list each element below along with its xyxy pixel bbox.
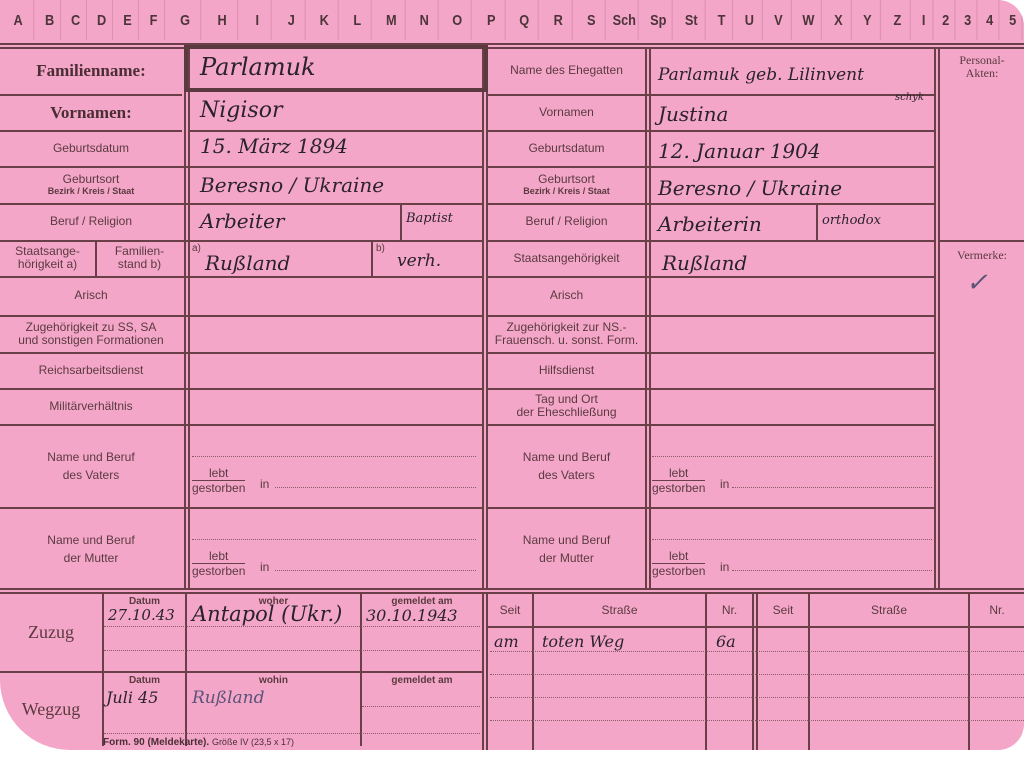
arisch-label: Arisch — [0, 276, 182, 315]
index-tab-sp[interactable]: Sp — [644, 0, 672, 40]
mutter-status: lebtgestorben — [192, 549, 245, 578]
index-tab-z[interactable]: Z — [885, 0, 910, 40]
religion-value[interactable]: Baptist — [406, 211, 453, 226]
zuzug-woher-value[interactable]: Antapol (Ukr.) — [192, 602, 342, 626]
index-tab-m[interactable]: M — [377, 0, 405, 40]
zuzug-datum-value[interactable]: 27.10.43 — [108, 606, 175, 624]
ehegatte-mutter-status: lebtgestorben — [652, 549, 705, 578]
index-tab-j[interactable]: J — [277, 0, 305, 40]
wegzug-datum-value[interactable]: Juli 45 — [106, 688, 158, 707]
geburtsort-label: Geburtsort Bezirk / Kreis / Staat — [0, 166, 182, 203]
seit-header-2: Seit — [758, 594, 808, 626]
geburtsort-label-main: Geburtsort — [63, 173, 120, 186]
ehegatte-beruf-label: Beruf / Religion — [488, 203, 645, 240]
vater-status: lebtgestorben — [192, 466, 245, 495]
index-tab-h[interactable]: H — [207, 0, 239, 40]
ehegatte-vater-status: lebtgestorben — [652, 466, 705, 495]
index-tab-l[interactable]: L — [344, 0, 372, 40]
index-tab-v[interactable]: V — [766, 0, 791, 40]
form-number: Form. 90 (Meldekarte). — [103, 737, 209, 748]
index-tab-n[interactable]: N — [411, 0, 439, 40]
ehegatte-value[interactable]: Parlamuk geb. Lilinvent — [658, 65, 864, 85]
in-label: in — [260, 560, 269, 574]
ehegatte-note: schyk — [895, 92, 924, 103]
strasse-header: Straße — [534, 594, 705, 626]
ehegatte-vater-label: Name und Beruf des Vaters — [488, 424, 645, 507]
in-label: in — [720, 560, 729, 574]
zugehoerigkeit-label: Zugehörigkeit zu SS, SA und sonstigen Fo… — [0, 315, 182, 352]
wegzug-label: Wegzug — [0, 673, 102, 745]
wegzug-gemeldet-header: gemeldet am — [362, 675, 482, 686]
divider — [934, 47, 940, 590]
index-tab-b[interactable]: B — [39, 0, 61, 40]
ehegatte-religion-value[interactable]: orthodox — [822, 213, 881, 228]
index-tab-f[interactable]: F — [143, 0, 165, 40]
index-tab-a[interactable]: A — [3, 0, 35, 40]
index-tab-3[interactable]: 3 — [959, 0, 978, 40]
ehegatte-geburtsort-main: Geburtsort — [538, 173, 595, 186]
vater-label: Name und Beruf des Vaters — [0, 424, 182, 507]
index-tab-2[interactable]: 2 — [937, 0, 956, 40]
ehegatte-mutter-label: Name und Beruf der Mutter — [488, 507, 645, 590]
index-tab-o[interactable]: O — [444, 0, 472, 40]
familienstand-value[interactable]: verh. — [397, 251, 441, 271]
index-tab-5[interactable]: 5 — [1003, 0, 1022, 40]
staatsangehoerigkeit-label: Staatsange- hörigkeit a) — [0, 240, 95, 276]
hilfsdienst-label: Hilfsdienst — [488, 352, 645, 388]
index-tab-4[interactable]: 4 — [981, 0, 1000, 40]
address-seit-value[interactable]: am — [494, 632, 519, 651]
index-tab-sch[interactable]: Sch — [611, 0, 639, 40]
seit-header: Seit — [488, 594, 532, 626]
familienstand-label: Familien- stand b) — [97, 240, 182, 276]
index-tab-x[interactable]: X — [826, 0, 851, 40]
reichsarbeitsdienst-label: Reichsarbeitsdienst — [0, 352, 182, 388]
index-tabs: ABCDEFGHIJKLMNOPQRSSchSpStTUVWXYZI2345 — [0, 0, 1024, 40]
registration-card: ABCDEFGHIJKLMNOPQRSSchSpStTUVWXYZI2345 F… — [0, 0, 1024, 750]
in-label: in — [720, 477, 729, 491]
index-tab-p[interactable]: P — [477, 0, 505, 40]
geburtsdatum-label: Geburtsdatum — [0, 130, 182, 166]
form-footer: Form. 90 (Meldekarte). Größe IV (23,5 x … — [103, 737, 294, 748]
address-nr-value[interactable]: 6a — [716, 632, 736, 651]
index-tab-c[interactable]: C — [65, 0, 87, 40]
geburtsort-sublabel: Bezirk / Kreis / Staat — [48, 186, 135, 197]
nr-header: Nr. — [707, 594, 752, 626]
ehegatte-geburtsdatum-value[interactable]: 12. Januar 1904 — [658, 139, 821, 163]
marker-a: a) — [192, 243, 201, 254]
vermerke-label: Vermerke: — [940, 246, 1024, 264]
index-tab-u[interactable]: U — [737, 0, 762, 40]
index-tab-d[interactable]: D — [91, 0, 113, 40]
geburtsdatum-value[interactable]: 15. März 1894 — [200, 134, 348, 158]
wegzug-wohin-header: wohin — [187, 675, 360, 686]
index-tab-t[interactable]: T — [711, 0, 733, 40]
index-tab-s[interactable]: S — [578, 0, 606, 40]
index-tab-i[interactable]: I — [914, 0, 933, 40]
mutter-label: Name und Beruf der Mutter — [0, 507, 182, 590]
staatsangehoerigkeit-value[interactable]: Rußland — [205, 251, 290, 275]
form-size: Größe IV (23,5 x 17) — [212, 737, 294, 747]
checkmark-icon: ✓ — [966, 268, 988, 298]
nr-header-2: Nr. — [970, 594, 1024, 626]
ehegatte-staat-label: Staatsangehörigkeit — [488, 240, 645, 276]
zuzug-label: Zuzug — [0, 594, 102, 671]
personal-akten-label: Personal- Akten: — [940, 52, 1024, 82]
ehegatte-geburtsort-label: Geburtsort Bezirk / Kreis / Staat — [488, 166, 645, 203]
ehegatte-zugehoerigkeit-label: Zugehörigkeit zur NS.- Frauensch. u. son… — [488, 315, 645, 352]
familienname-label: Familienname: — [0, 47, 182, 94]
index-tab-e[interactable]: E — [117, 0, 139, 40]
geburtsort-value[interactable]: Beresno / Ukraine — [200, 173, 384, 197]
ehegatte-arisch-label: Arisch — [488, 276, 645, 315]
address-strasse-value[interactable]: toten Weg — [542, 632, 624, 651]
index-tab-k[interactable]: K — [310, 0, 338, 40]
index-tab-g[interactable]: G — [170, 0, 202, 40]
familienname-value[interactable]: Parlamuk — [200, 53, 316, 81]
eheschliessung-label: Tag und Ort der Eheschließung — [488, 388, 645, 424]
strasse-header-2: Straße — [810, 594, 968, 626]
vornamen-label: Vornamen: — [0, 94, 182, 130]
vornamen-value[interactable]: Nigisor — [200, 98, 282, 123]
in-label: in — [260, 477, 269, 491]
index-tab-w[interactable]: W — [796, 0, 821, 40]
ehegatte-staat-value[interactable]: Rußland — [662, 251, 747, 275]
index-tab-y[interactable]: Y — [855, 0, 880, 40]
wegzug-datum-header: Datum — [104, 675, 185, 686]
index-tab-st[interactable]: St — [678, 0, 706, 40]
ehegatte-label: Name des Ehegatten — [488, 47, 645, 94]
ehegatte-geburtsdatum-label: Geburtsdatum — [488, 130, 645, 166]
beruf-value[interactable]: Arbeiter — [200, 209, 284, 233]
wegzug-wohin-value[interactable]: Rußland — [192, 688, 265, 708]
ehegatte-vornamen-value[interactable]: Justina — [658, 102, 728, 126]
militaer-label: Militärverhältnis — [0, 388, 182, 424]
marker-b: b) — [376, 243, 385, 254]
index-tab-r[interactable]: R — [544, 0, 572, 40]
index-tab-q[interactable]: Q — [511, 0, 539, 40]
index-tab-i[interactable]: I — [244, 0, 272, 40]
ehegatte-geburtsort-sublabel: Bezirk / Kreis / Staat — [523, 186, 610, 197]
ehegatte-geburtsort-value[interactable]: Beresno / Ukraine — [658, 176, 842, 200]
ehegatte-beruf-value[interactable]: Arbeiterin — [658, 212, 762, 236]
zuzug-gemeldet-value[interactable]: 30.10.1943 — [366, 606, 458, 625]
ehegatte-vornamen-label: Vornamen — [488, 94, 645, 130]
beruf-religion-label: Beruf / Religion — [0, 203, 182, 240]
